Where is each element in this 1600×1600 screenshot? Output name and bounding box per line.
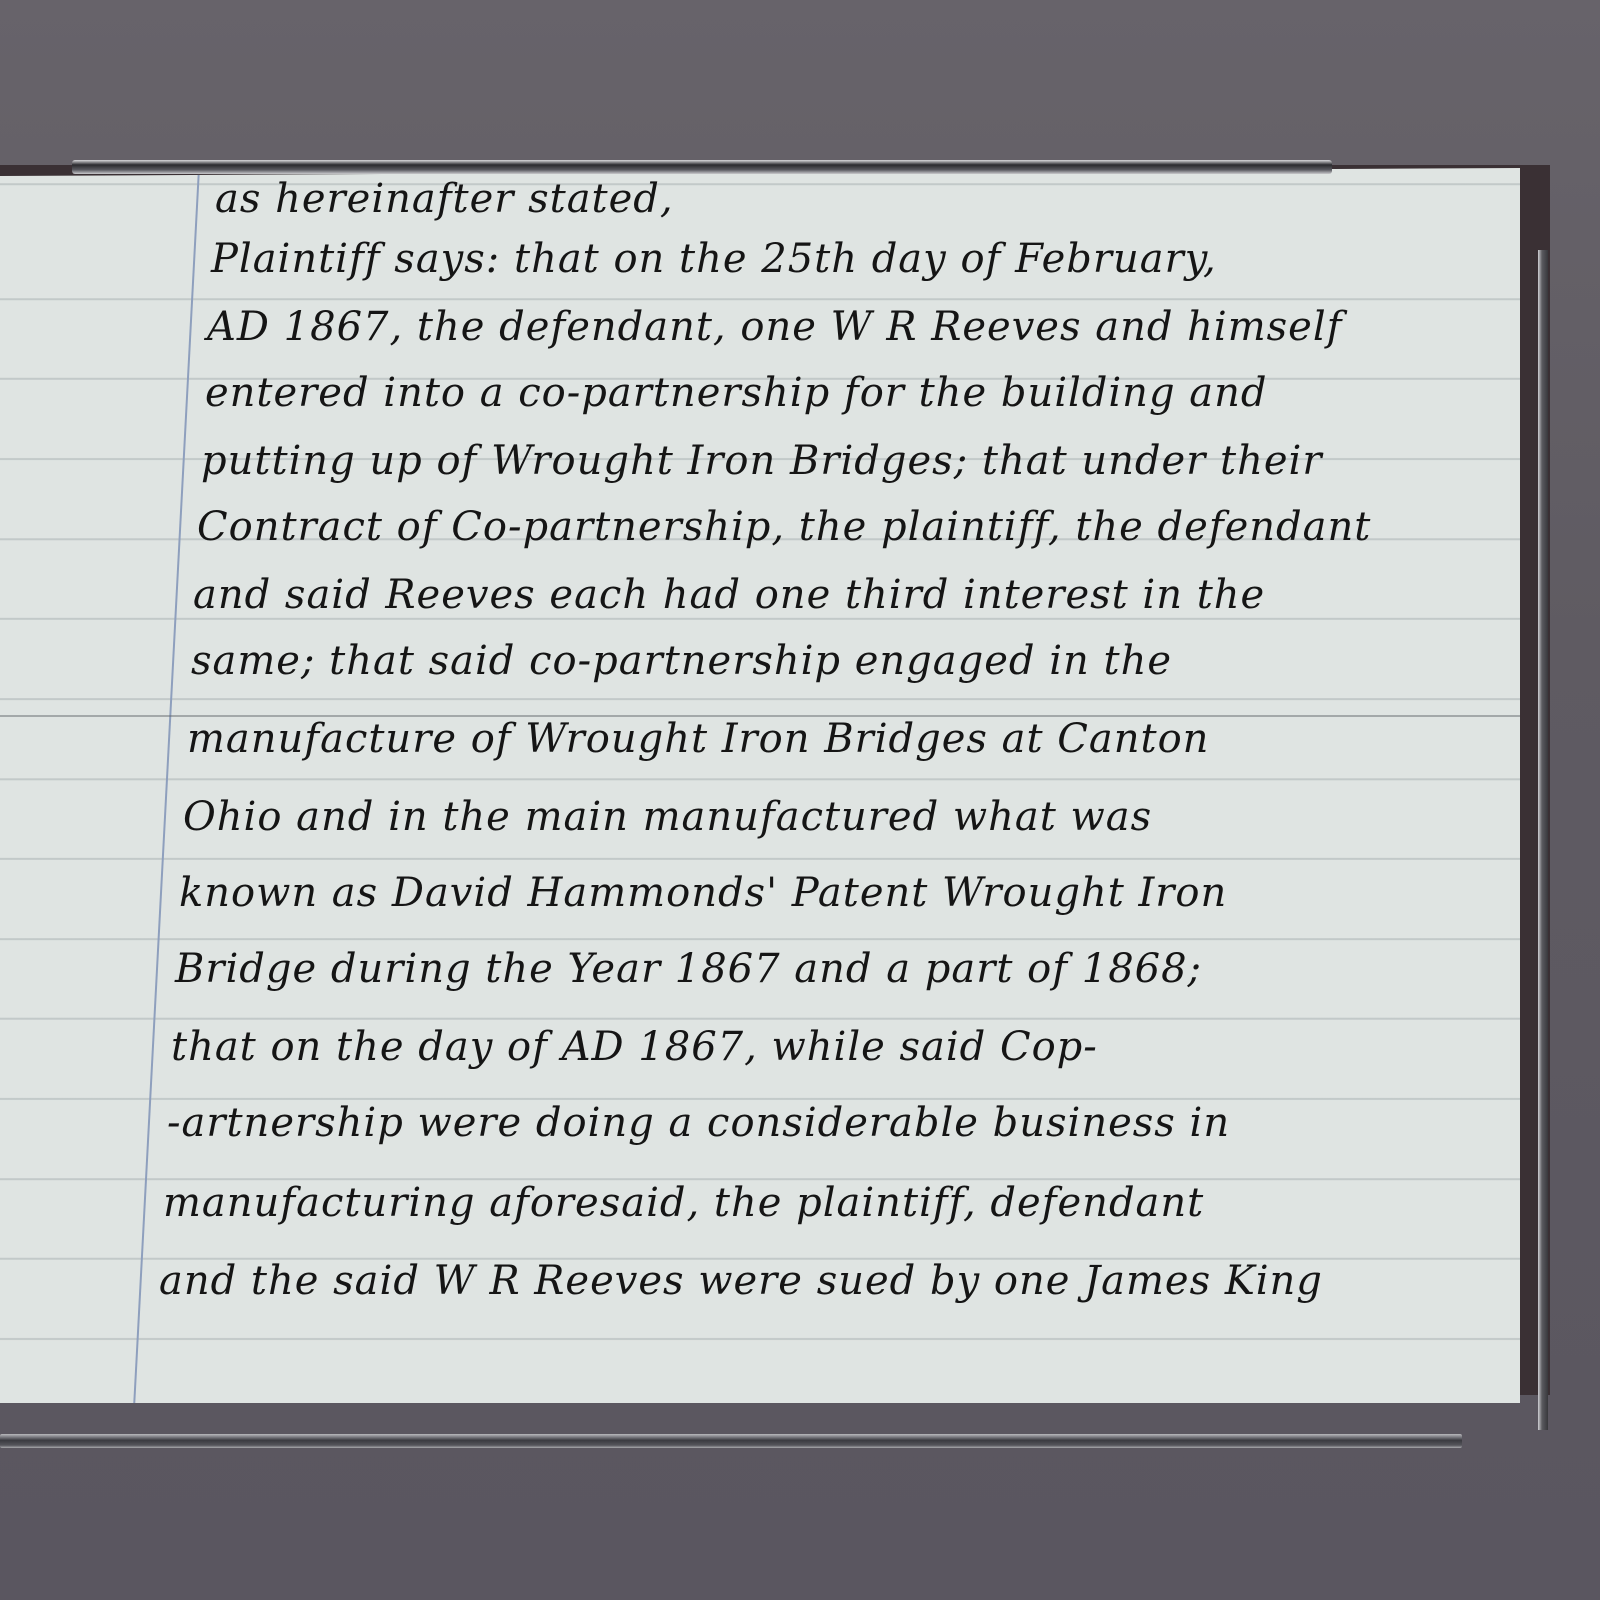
text-line: Ohio and in the main manufactured what w…	[183, 794, 1152, 840]
acrylic-holder-bottom	[0, 1434, 1462, 1448]
text-line: same; that said co-partnership engaged i…	[191, 638, 1172, 684]
text-line: as hereinafter stated,	[215, 176, 674, 222]
text-line: and the said W R Reeves were sued by one…	[159, 1258, 1323, 1304]
text-line: manufacturing aforesaid, the plaintiff, …	[163, 1180, 1204, 1226]
text-line: Plaintiff says: that on the 25th day of …	[211, 236, 1217, 282]
text-line: that on the day of AD 1867, while said C…	[171, 1024, 1098, 1070]
text-line: putting up of Wrought Iron Bridges; that…	[201, 438, 1322, 484]
acrylic-holder-top	[72, 160, 1332, 174]
text-line: Bridge during the Year 1867 and a part o…	[175, 946, 1202, 992]
text-line: and said Reeves each had one third inter…	[193, 572, 1265, 618]
text-line: known as David Hammonds' Patent Wrought …	[179, 870, 1227, 916]
text-line: -artnership were doing a considerable bu…	[167, 1100, 1230, 1146]
text-line: manufacture of Wrought Iron Bridges at C…	[187, 716, 1209, 762]
handwritten-text: as hereinafter stated, Plaintiff says: t…	[205, 168, 1500, 1403]
text-line: AD 1867, the defendant, one W R Reeves a…	[207, 304, 1342, 350]
acrylic-holder-right	[1538, 250, 1548, 1430]
manuscript-page: as hereinafter stated, Plaintiff says: t…	[0, 168, 1520, 1403]
text-line: entered into a co-partnership for the bu…	[205, 370, 1267, 416]
text-line: Contract of Co-partnership, the plaintif…	[197, 504, 1371, 550]
